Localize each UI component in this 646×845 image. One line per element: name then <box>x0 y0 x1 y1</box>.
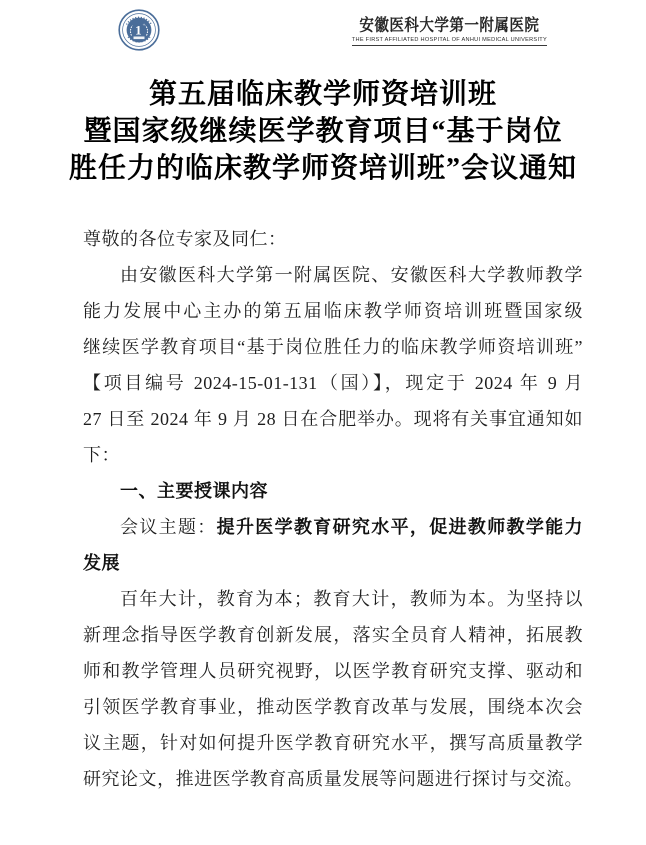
conference-topic-line: 会议主题：提升医学教育研究水平，促进教师教学能力 <box>83 509 583 545</box>
hospital-seal-icon: 1 + <box>118 9 160 51</box>
body-line: 百年大计，教育为本；教育大计，教师为本。为坚持以 <box>83 581 583 617</box>
topic-text: 提升医学教育研究水平，促进教师教学能力 <box>217 517 583 537</box>
section-heading: 一、主要授课内容 <box>83 473 583 509</box>
svg-text:+: + <box>143 23 146 28</box>
body-line: 议主题，针对如何提升医学教育研究水平，撰写高质量教学 <box>83 725 583 761</box>
hospital-name-block: 安徽医科大学第一附属医院 THE FIRST AFFILIATED HOSPIT… <box>352 14 547 46</box>
title-line-1: 第五届临床教学师资培训班 <box>0 76 646 113</box>
title-line-3: 胜任力的临床教学师资培训班”会议通知 <box>0 150 646 187</box>
body-line: 引领医学教育事业，推动医学教育改革与发展，围绕本次会 <box>83 689 583 725</box>
body-line: 研究论文，推进医学教育高质量发展等问题进行探讨与交流。 <box>83 761 583 797</box>
body-line: 师和教学管理人员研究视野，以医学教育研究支撑、驱动和 <box>83 653 583 689</box>
salutation: 尊敬的各位专家及同仁： <box>83 221 583 257</box>
hospital-name-chinese: 安徽医科大学第一附属医院 <box>352 12 547 36</box>
body-line: 继续医学教育项目“基于岗位胜任力的临床教学师资培训班” <box>83 329 583 365</box>
document-page: 1 + 安徽医科大学第一附属医院 THE FIRST AFFILIATED HO… <box>0 0 646 845</box>
body-line: 新理念指导医学教育创新发展，落实全员育人精神，拓展教 <box>83 617 583 653</box>
hospital-name-english: THE FIRST AFFILIATED HOSPITAL OF ANHUI M… <box>352 37 547 46</box>
document-body: 尊敬的各位专家及同仁： 由安徽医科大学第一附属医院、安徽医科大学教师教学 能力发… <box>83 221 583 797</box>
topic-label: 会议主题： <box>120 517 217 537</box>
title-line-2: 暨国家级继续医学教育项目“基于岗位 <box>0 113 646 150</box>
document-title: 第五届临床教学师资培训班 暨国家级继续医学教育项目“基于岗位 胜任力的临床教学师… <box>0 76 646 187</box>
body-line: 下： <box>83 437 583 473</box>
body-line: 27 日至 2024 年 9 月 28 日在合肥举办。现将有关事宜通知如 <box>83 401 583 437</box>
letterhead: 1 + 安徽医科大学第一附属医院 THE FIRST AFFILIATED HO… <box>0 0 646 52</box>
body-line: 由安徽医科大学第一附属医院、安徽医科大学教师教学 <box>83 257 583 293</box>
conference-topic-line: 发展 <box>83 545 583 581</box>
body-line: 【项目编号 2024-15-01-131（国）】，现定于 2024 年 9 月 <box>83 365 583 401</box>
svg-text:1: 1 <box>135 22 142 37</box>
body-line: 能力发展中心主办的第五届临床教学师资培训班暨国家级 <box>83 293 583 329</box>
